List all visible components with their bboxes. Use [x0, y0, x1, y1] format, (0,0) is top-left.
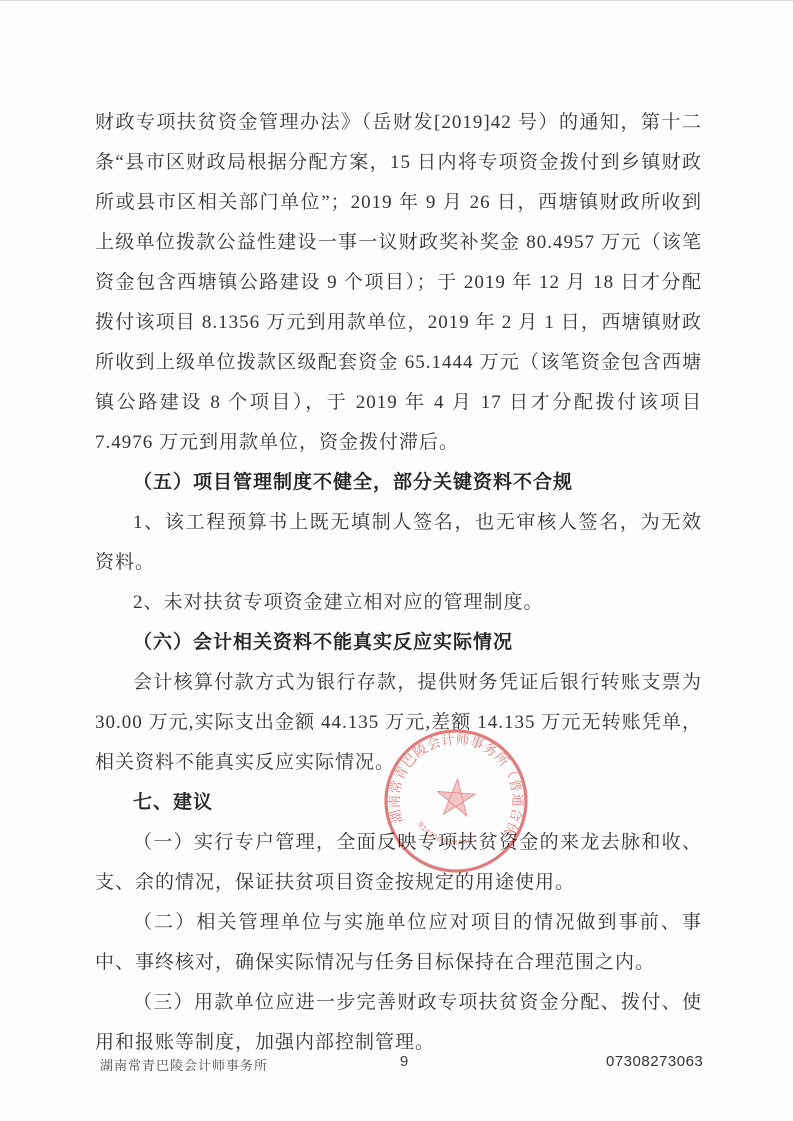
document-body: 财政专项扶贫资金管理办法》（岳财发[2019]42 号）的通知，第十二条“县市区…: [95, 103, 702, 1063]
list-item-1: 1、该工程预算书上既无填制人签名，也无审核人签名，为无效资料。: [95, 503, 702, 583]
suggestion-item-2: （二）相关管理单位与实施单位应对项目的情况做到事前、事中、事终核对，确保实际情况…: [95, 903, 702, 983]
scan-artifact-line: [0, 0, 793, 1]
section-heading-5: （五）项目管理制度不健全，部分关键资料不合规: [95, 463, 702, 503]
footer-right-number: 07308273063: [606, 1053, 703, 1070]
footer-page-number: 9: [384, 1053, 424, 1070]
scanned-document-page: 财政专项扶贫资金管理办法》（岳财发[2019]42 号）的通知，第十二条“县市区…: [0, 0, 793, 1121]
section-heading-7-suggestions: 七、建议: [95, 783, 702, 823]
suggestion-item-3: （三）用款单位应进一步完善财政专项扶贫资金分配、拨付、使用和报账等制度，加强内部…: [95, 983, 702, 1063]
section-heading-6: （六）会计相关资料不能真实反应实际情况: [95, 623, 702, 663]
paragraph-continued: 财政专项扶贫资金管理办法》（岳财发[2019]42 号）的通知，第十二条“县市区…: [95, 103, 702, 463]
suggestion-item-1: （一）实行专户管理，全面反映专项扶贫资金的来龙去脉和收、支、余的情况，保证扶贫项…: [95, 823, 702, 903]
footer-firm-name: 湖南常青巴陵会计师事务所: [100, 1055, 268, 1074]
list-item-2: 2、未对扶贫专项资金建立相对应的管理制度。: [95, 583, 702, 623]
paragraph-accounting: 会计核算付款方式为银行存款，提供财务凭证后银行转账支票为 30.00 万元,实际…: [95, 663, 702, 783]
